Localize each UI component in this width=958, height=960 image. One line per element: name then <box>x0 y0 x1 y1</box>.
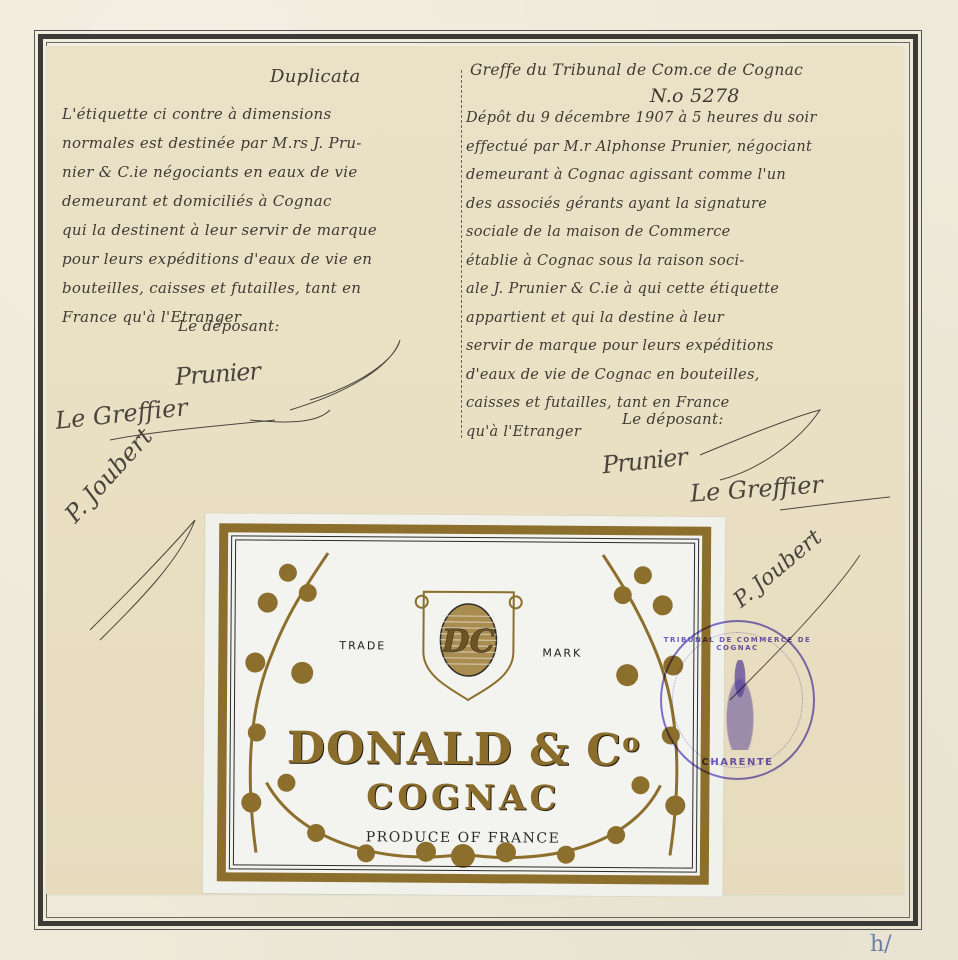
brand-name: DONALD & Co <box>227 722 701 776</box>
brand-suffix: o <box>622 728 641 758</box>
margin-pencil-mark: h/ <box>870 932 892 957</box>
vine-ornament <box>226 532 702 875</box>
trade-text: TRADE <box>339 639 386 652</box>
registry-heading: Greffe du Tribunal de Com.ce de Cognac <box>470 56 803 85</box>
duplicata-title: Duplicata <box>270 62 361 91</box>
left-depositor-signature: Prunier <box>174 357 261 391</box>
label-gold-border: DC TRADE MARK DONALD & Co COGNAC PRODUCE… <box>217 523 711 884</box>
column-divider <box>461 70 462 440</box>
left-depositor-label: Le déposant: <box>178 312 280 341</box>
right-depositor-label: Le déposant: <box>622 405 724 434</box>
monogram-crest: DC <box>413 572 524 703</box>
product-name: COGNAC <box>226 776 700 819</box>
origin-text: PRODUCE OF FRANCE <box>226 828 700 847</box>
brand-name-text: DONALD & C <box>287 723 623 776</box>
stamp-bottom-text: CHARENTE <box>662 757 813 768</box>
stamp-figure-icon <box>720 660 760 750</box>
tribunal-stamp: TRIBUNAL DE COMMERCE DE COGNAC CHARENTE <box>660 620 815 780</box>
stamp-top-text: TRIBUNAL DE COMMERCE DE COGNAC <box>662 636 813 652</box>
right-column-body: Dépôt du 9 décembre 1907 à 5 heures du s… <box>466 104 906 446</box>
cognac-label: DC TRADE MARK DONALD & Co COGNAC PRODUCE… <box>203 513 726 897</box>
left-column-body: L'étiquette ci contre à dimensions norma… <box>62 100 457 332</box>
mark-text: MARK <box>542 647 582 660</box>
svg-text:DC: DC <box>441 622 496 660</box>
